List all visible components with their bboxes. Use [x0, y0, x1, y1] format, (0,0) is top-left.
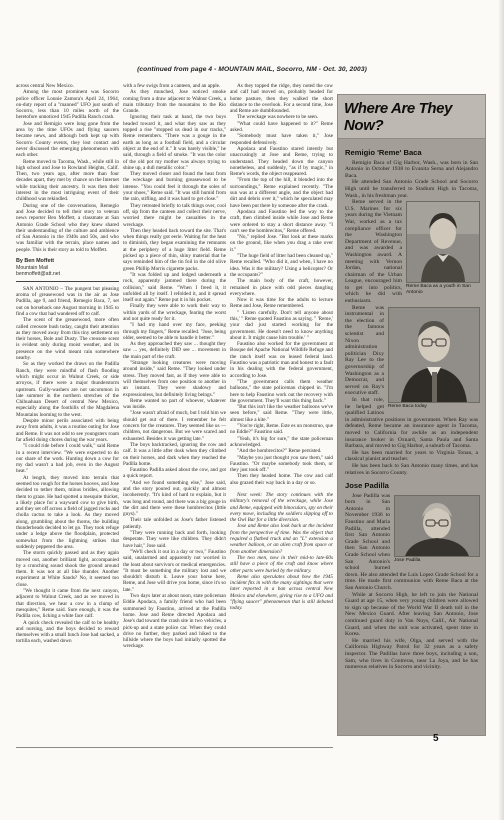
article-paragraph: As they approached they saw ... thought … [123, 341, 226, 360]
article-paragraph: Reme moved to Tacoma, Wash., while still… [16, 159, 119, 203]
newspaper-page: (continued from page 4 - MOUNTAIN MAIL, … [0, 0, 504, 820]
article-paragraph: Apodaca and Faustino stared intently but… [230, 146, 333, 177]
photo-caption-jose: Jose Padilla [394, 558, 478, 564]
article-paragraph: So as they worked the draws on the Padil… [16, 361, 119, 418]
article-paragraph: "I could ride before I could walk," said… [16, 443, 119, 474]
page-number: 5 [433, 733, 439, 744]
byline-block: By Ben Moffett Mountain Mail benmoffett@… [16, 258, 119, 282]
sidebar-paragraph: He has been back to San Antonio many tim… [345, 463, 478, 476]
preview-paragraph: Jose and Reme also look back at the inci… [230, 523, 333, 554]
sidebar-paragraph: He has been married for years to Virgini… [345, 450, 478, 463]
photo-caption-today: Reme Baca today [388, 404, 478, 410]
article-columns: across central New Mexico.Among the most… [16, 83, 334, 747]
byline-publication: Mountain Mail [16, 265, 119, 272]
article-paragraph: The scent of the greasewood, more often … [16, 317, 119, 361]
sidebar-paragraph: While at Socorro High, he left to join t… [345, 592, 478, 638]
article-paragraph: " 'Listen carefully. Don't tell anyone a… [230, 310, 333, 341]
article-paragraph: "The huge field of litter had been clean… [230, 253, 333, 278]
sidebar-heading-jose: Jose Padilla [345, 483, 478, 490]
continued-from-header: (continued from page 4 - MOUNTAIN MAIL, … [0, 66, 504, 73]
preview-paragraph: Reme also speculates about how the 1945 … [230, 574, 333, 612]
article-paragraph: At length, they moved into terrain that … [16, 475, 119, 551]
photo-caption-youth: Reme Baca as a youth in San Antonio [406, 284, 478, 295]
article-paragraph: "And we found something else," Jose said… [123, 480, 226, 518]
byline-author: By Ben Moffett [16, 258, 119, 265]
article-paragraph: "Somebody must have taken it," Jose resp… [230, 133, 333, 146]
article-paragraph: "Yeah, it's big for sure," the state pol… [230, 436, 333, 449]
article-paragraph: Apodaca and Faustino led the way to the … [230, 209, 333, 234]
article-column-1: across central New Mexico.Among the most… [16, 83, 119, 747]
article-paragraph: "We'll check it out in a day or two," Fa… [123, 549, 226, 593]
portrait-today-image [388, 307, 480, 403]
article-paragraph: During one of the conversations, Remegio… [16, 203, 119, 253]
article-column-3: As they topped the ridge, they noted the… [230, 83, 333, 747]
article-paragraph: Now it was time for the adults to lectur… [230, 297, 333, 310]
preview-paragraph: Next week: The story continues with the … [230, 492, 333, 523]
article-paragraph: "Maybe you just thought you saw them," s… [230, 455, 333, 474]
portrait-youth-image [406, 201, 480, 283]
article-paragraph: "They were running back and forth, looki… [123, 530, 226, 549]
article-paragraph: "Jose wasn't afraid of much, but I told … [123, 410, 226, 441]
article-paragraph: Two days later at about noon, state poli… [123, 593, 226, 650]
article-paragraph: The boys backtracked, ignoring the cow a… [123, 442, 226, 467]
article-paragraph: Jose and Remigio were long gone from the… [16, 121, 119, 159]
article-paragraph: The main body of the craft, however, rem… [230, 278, 333, 297]
sidebar-body: Remigio 'Reme' Baca Remigio Baca of Gig … [338, 139, 485, 675]
article-paragraph: "And the hombrecitos?" Reme persisted. [230, 448, 333, 454]
byline-email: benmoffett@att.net [16, 271, 119, 278]
article-paragraph: As they munched, Jose noticed smoke comi… [123, 89, 226, 114]
article-paragraph: They retreated briefly to talk things ov… [123, 203, 226, 228]
article-paragraph: Reme wanted no part of whoever, whatever… [123, 398, 226, 411]
article-paragraph: "I had my hand over my face, peeking thr… [123, 322, 226, 341]
photo-jose-padilla: Jose Padilla [394, 495, 478, 564]
article-paragraph: "We thought it came from the next canyon… [16, 588, 119, 619]
next-week-preview: Next week: The story continues with the … [230, 492, 333, 612]
article-paragraph: "No," replied Jose. "But look at these m… [230, 234, 333, 253]
sidebar-paragraph: Remigio Baca of Gig Harbor, Wash., was b… [345, 160, 478, 180]
article-paragraph: Among the most prominent was Socorro pol… [16, 89, 119, 120]
article-paragraph: "From the top of the hill, it blended in… [230, 177, 333, 208]
article-paragraph: "The government calls them weather ballo… [230, 379, 333, 404]
article-paragraph: Then they headed back toward the site. T… [123, 228, 226, 272]
article-paragraph: Finally they were able to work their way… [123, 303, 226, 322]
article-paragraph: They moved closer and found the heat fro… [123, 171, 226, 202]
sidebar-heading-remigio: Remigio 'Reme' Baca [345, 150, 478, 157]
article-paragraph: Ignoring their task at hand, the two boy… [123, 114, 226, 171]
portrait-jose-image [394, 495, 480, 557]
article-paragraph: A quick check revealed the calf to be he… [16, 620, 119, 645]
article-paragraph: "You're right, Reme. Este es un monstruo… [230, 423, 333, 436]
article-paragraph: The wreckage was nowhere to be seen. [230, 114, 333, 120]
article-column-2: with a few swigs from a canteen, and an … [123, 83, 226, 747]
article-paragraph: Faustino Padilla asked about the cow, an… [123, 467, 226, 480]
bottom-divider [16, 747, 333, 748]
photo-reme-today: Reme Baca today [388, 307, 478, 410]
photo-reme-youth: Reme Baca as a youth in San Antonio [406, 201, 478, 295]
scan-edge-shadow [498, 0, 504, 820]
article-paragraph: "Strange looking creatures were moving a… [123, 360, 226, 398]
preview-paragraph: The two men, now in their mid-to late-60… [230, 555, 333, 574]
sidebar-paragraph: He attended San Antonio Grade School and… [345, 179, 478, 199]
article-paragraph: Their tale unfolded as Jose's father lis… [123, 517, 226, 530]
article-paragraph: SAN ANTONIO – The pungent but pleasing a… [16, 286, 119, 317]
sidebar-title: Where Are They Now? [338, 95, 485, 139]
sidebar-paragraph: He married his wife, Olga, and served wi… [345, 638, 478, 671]
article-paragraph: Then they headed home. The cow and calf … [230, 473, 333, 486]
where-are-they-now-sidebar: Where Are They Now? Remigio 'Reme' Baca … [337, 94, 486, 736]
article-paragraph: Faustino also worked for the government … [230, 341, 333, 379]
article-paragraph: As they topped the ridge, they noted the… [230, 83, 333, 114]
article-paragraph: The storm quickly passed and as they aga… [16, 550, 119, 588]
article-paragraph: Despite minor perils associated with bei… [16, 418, 119, 443]
article-paragraph: "It was folded up and lodged underneath … [123, 272, 226, 303]
article-paragraph: "But this isn't like the weather balloon… [230, 404, 333, 423]
article-paragraph: "What could have happened to it?" Reme a… [230, 121, 333, 134]
